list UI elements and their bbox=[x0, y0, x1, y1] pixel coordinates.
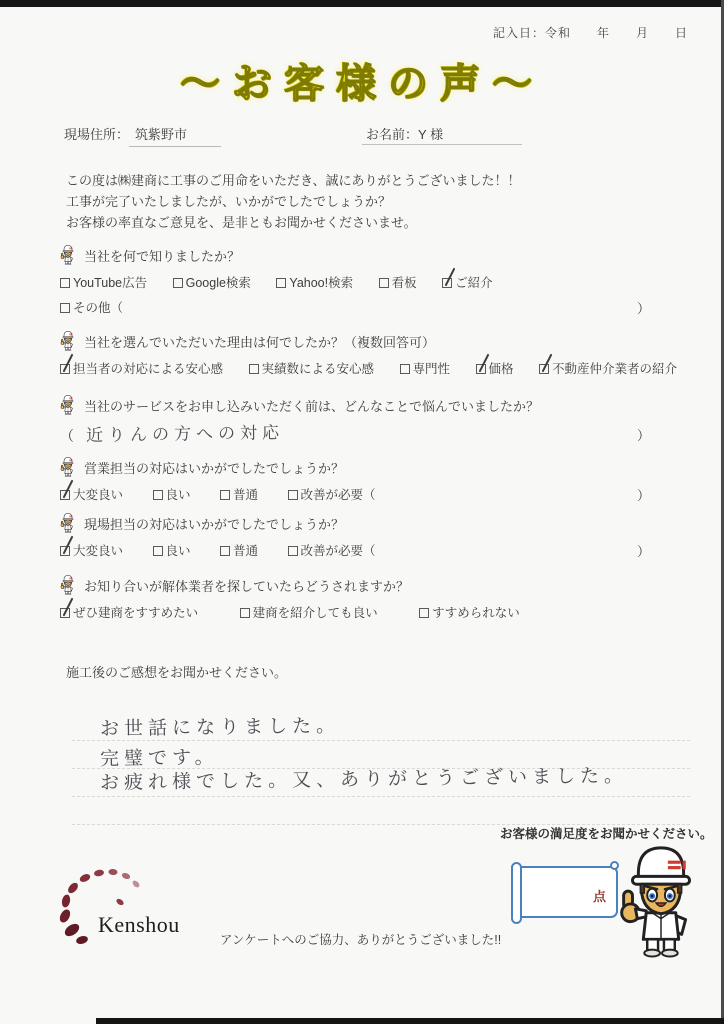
handwritten-answer: 近りんの方への対応 bbox=[86, 418, 284, 446]
checkbox bbox=[476, 364, 486, 374]
checkbox bbox=[276, 278, 286, 288]
mascot-icon bbox=[60, 456, 76, 477]
checkbox bbox=[153, 490, 163, 500]
checkbox bbox=[240, 608, 250, 618]
question-1-options: YouTube広告 Google検索 Yahoo!検索 看板 ご紹介 bbox=[60, 273, 680, 291]
option: 看板 bbox=[379, 273, 417, 291]
handwritten-feedback-line: お世話になりました。 bbox=[100, 711, 340, 741]
question-2: 当社を選んでいただいた理由は何でしたか？（複数回答可） 担当者の対応による安心感… bbox=[60, 330, 680, 377]
option: 実績数による安心感 bbox=[249, 359, 375, 377]
checkbox bbox=[60, 546, 70, 556]
open-paren: （ bbox=[60, 428, 74, 444]
page-title: ～お客様の声～ bbox=[0, 52, 724, 109]
option-checked: 大変良い bbox=[60, 485, 123, 503]
date-month: 月 bbox=[636, 26, 649, 40]
kenshou-logo-text: Kenshou bbox=[98, 912, 180, 938]
option: 建商を紹介しても良い bbox=[240, 603, 378, 621]
close-paren: ） bbox=[637, 425, 650, 444]
intro-line: お客様の率直なご意見を、是非ともお聞かせくださいませ。 bbox=[66, 212, 626, 233]
option: Yahoo!検索 bbox=[276, 273, 353, 291]
option-checked: 大変良い bbox=[60, 541, 123, 559]
checkbox bbox=[379, 278, 389, 288]
option: 改善が必要（ bbox=[288, 541, 376, 559]
question-5-options: 大変良い 良い 普通 改善が必要（ ） bbox=[60, 541, 680, 559]
question-2-options: 担当者の対応による安心感 実績数による安心感 専門性 価格 不動産仲介業者の紹介 bbox=[60, 359, 680, 377]
score-unit-label: 点 bbox=[593, 886, 606, 905]
checkbox bbox=[173, 278, 183, 288]
date-year: 年 bbox=[597, 26, 610, 40]
checkbox bbox=[249, 364, 259, 374]
date-prefix: 記入日：令和 bbox=[493, 26, 571, 40]
question-3: 当社のサービスをお申し込みいただく前は、どんなことで悩んでいましたか？ （ 近り… bbox=[60, 394, 680, 446]
option: YouTube広告 bbox=[60, 273, 147, 291]
option: 良い bbox=[153, 541, 191, 559]
question-3-answer-row: （ 近りんの方への対応 ） bbox=[60, 421, 680, 446]
feedback-prompt: 施工後のご感想をお聞かせください。 bbox=[66, 662, 287, 681]
option: すすめられない bbox=[419, 603, 520, 621]
checkbox bbox=[60, 364, 70, 374]
mascot-icon bbox=[60, 574, 76, 595]
intro-line: 工事が完了いたしましたが、いかがでしたでしょうか？ bbox=[66, 191, 626, 212]
question-6-text: お知り合いが解体業者を探していたらどうされますか？ bbox=[84, 576, 409, 595]
site-address-label: 現場住所： bbox=[64, 127, 129, 142]
satisfaction-score-box: 点 bbox=[514, 866, 618, 918]
customer-name-field: お名前：Y 様 bbox=[366, 124, 443, 143]
option: 良い bbox=[153, 485, 191, 503]
checkbox bbox=[539, 364, 549, 374]
intro-line: この度は㈱建商に工事のご用命をいただき、誠にありがとうございました！！ bbox=[66, 170, 626, 191]
question-2-text: 当社を選んでいただいた理由は何でしたか？（複数回答可） bbox=[84, 332, 435, 351]
kenshou-logo: Kenshou bbox=[52, 868, 232, 948]
customer-name-value: Y 様 bbox=[418, 127, 443, 142]
intro-text: この度は㈱建商に工事のご用命をいただき、誠にありがとうございました！！ 工事が完… bbox=[66, 170, 626, 233]
checkbox bbox=[288, 546, 298, 556]
checkbox bbox=[419, 608, 429, 618]
option: 普通 bbox=[220, 485, 258, 503]
entry-date-line: 記入日：令和年月日 bbox=[493, 24, 688, 41]
checkbox bbox=[400, 364, 410, 374]
checkbox bbox=[60, 303, 70, 313]
scan-edge-bottom bbox=[96, 1018, 724, 1024]
checkbox bbox=[60, 490, 70, 500]
question-3-text: 当社のサービスをお申し込みいただく前は、どんなことで悩んでいましたか？ bbox=[84, 396, 539, 415]
thanks-message: アンケートへのご協力、ありがとうございました!! bbox=[220, 930, 501, 948]
mascot-character bbox=[616, 840, 706, 958]
question-5: 現場担当の対応はいかがでしたでしょうか？ 大変良い 良い 普通 改善が必要（ ） bbox=[60, 512, 680, 559]
scanned-survey-page: 記入日：令和年月日 ～お客様の声～ 現場住所：筑紫野市 お名前：Y 様 この度は… bbox=[0, 0, 724, 1024]
customer-name-label: お名前： bbox=[366, 127, 418, 142]
checkbox bbox=[220, 546, 230, 556]
option: 改善が必要（ bbox=[288, 485, 376, 503]
question-1-text: 当社を何で知りましたか？ bbox=[84, 246, 240, 265]
option-checked: ぜひ建商をすすめたい bbox=[60, 603, 198, 621]
question-6: お知り合いが解体業者を探していたらどうされますか？ ぜひ建商をすすめたい 建商を… bbox=[60, 574, 680, 621]
option-checked: ご紹介 bbox=[442, 273, 493, 291]
close-paren: ） bbox=[637, 298, 650, 317]
option-checked: 価格 bbox=[476, 359, 514, 377]
checkbox bbox=[153, 546, 163, 556]
site-address-field: 現場住所：筑紫野市 bbox=[64, 124, 221, 143]
ruled-line bbox=[72, 796, 690, 797]
name-underline bbox=[362, 144, 522, 145]
close-paren: ） bbox=[637, 541, 650, 560]
option: Google検索 bbox=[173, 273, 251, 291]
checkbox bbox=[442, 278, 452, 288]
scan-edge-top bbox=[0, 0, 724, 7]
question-4-text: 営業担当の対応はいかがでしたでしょうか？ bbox=[84, 458, 344, 477]
option: 普通 bbox=[220, 541, 258, 559]
option: 専門性 bbox=[400, 359, 451, 377]
checkbox bbox=[60, 608, 70, 618]
mascot-icon bbox=[60, 394, 76, 415]
checkbox bbox=[220, 490, 230, 500]
question-4-options: 大変良い 良い 普通 改善が必要（ ） bbox=[60, 485, 680, 503]
question-6-options: ぜひ建商をすすめたい 建商を紹介しても良い すすめられない bbox=[60, 603, 680, 621]
close-paren: ） bbox=[637, 485, 650, 504]
scroll-roll-edge bbox=[511, 862, 522, 924]
option-checked: 担当者の対応による安心感 bbox=[60, 359, 223, 377]
site-address-value: 筑紫野市 bbox=[129, 127, 221, 147]
ruled-line bbox=[72, 740, 690, 741]
question-1: 当社を何で知りましたか？ YouTube広告 Google検索 Yahoo!検索… bbox=[60, 244, 680, 316]
mascot-icon bbox=[60, 512, 76, 533]
checkbox bbox=[60, 278, 70, 288]
question-4: 営業担当の対応はいかがでしたでしょうか？ 大変良い 良い 普通 改善が必要（ ） bbox=[60, 456, 680, 503]
mascot-icon bbox=[60, 330, 76, 351]
mascot-icon bbox=[60, 244, 76, 265]
option-checked: 不動産仲介業者の紹介 bbox=[539, 359, 677, 377]
checkbox bbox=[288, 490, 298, 500]
question-1-other-row: その他（ ） bbox=[60, 298, 680, 316]
option-other: その他（ bbox=[60, 298, 123, 316]
question-5-text: 現場担当の対応はいかがでしたでしょうか？ bbox=[84, 514, 344, 533]
date-day: 日 bbox=[675, 26, 688, 40]
